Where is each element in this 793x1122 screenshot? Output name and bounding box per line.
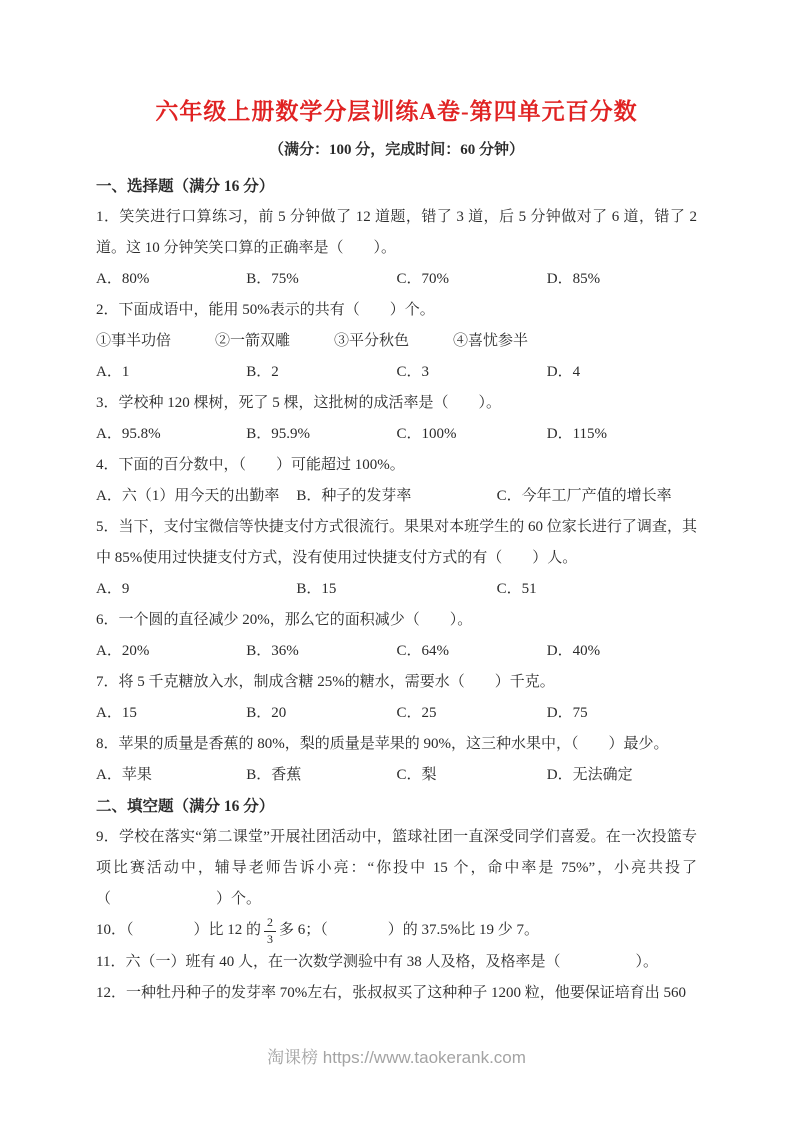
option-cell: D．115% xyxy=(547,419,697,450)
option-cell: B．15 xyxy=(296,574,496,605)
option-cell: A．20% xyxy=(96,636,246,667)
option-cell: D．无法确定 xyxy=(547,760,697,791)
page-container: 六年级上册数学分层训练A卷-第四单元百分数 （满分：100 分，完成时间：60 … xyxy=(0,0,793,1122)
options-row: A．9B．15C．51 xyxy=(96,574,697,605)
option-cell: C．25 xyxy=(397,698,547,729)
question-stem: 8．苹果的质量是香蕉的 80%，梨的质量是苹果的 90%，这三种水果中，（ ）最… xyxy=(96,729,697,760)
question-stem: 7．将 5 千克糖放入水，制成含糖 25%的糖水，需要水（ ）千克。 xyxy=(96,667,697,698)
options-row: A．15B．20C．25D．75 xyxy=(96,698,697,729)
idiom-item: ②一箭双雕 xyxy=(215,326,290,357)
option-cell: D．75 xyxy=(547,698,697,729)
question-stem: 10．（ ）比 12 的23多 6；（ ）的 37.5%比 19 少 7。 xyxy=(96,915,697,947)
option-cell: B．36% xyxy=(246,636,396,667)
options-row: A．80%B．75%C．70%D．85% xyxy=(96,264,697,295)
option-cell: A．80% xyxy=(96,264,246,295)
section-heading: 二、填空题（满分 16 分） xyxy=(96,791,697,822)
option-cell: B．香蕉 xyxy=(246,760,396,791)
option-cell: D．4 xyxy=(547,357,697,388)
question-stem: 11．六（一）班有 40 人，在一次数学测验中有 38 人及格，及格率是（ ）。 xyxy=(96,947,697,978)
option-cell: A．15 xyxy=(96,698,246,729)
option-cell: A．95.8% xyxy=(96,419,246,450)
option-cell: A．1 xyxy=(96,357,246,388)
question-stem: 6．一个圆的直径减少 20%，那么它的面积减少（ ）。 xyxy=(96,605,697,636)
page-subtitle: （满分：100 分，完成时间：60 分钟） xyxy=(96,139,697,161)
option-cell: B．2 xyxy=(246,357,396,388)
section-heading: 一、选择题（满分 16 分） xyxy=(96,171,697,202)
question-stem: 1．笑笑进行口算练习，前 5 分钟做了 12 道题，错了 3 道，后 5 分钟做… xyxy=(96,202,697,264)
option-cell: B．20 xyxy=(246,698,396,729)
option-cell: A．9 xyxy=(96,574,296,605)
options-row: A．1B．2C．3D．4 xyxy=(96,357,697,388)
question-stem: 2．下面成语中，能用 50%表示的共有（ ）个。 xyxy=(96,295,697,326)
option-cell: C．51 xyxy=(497,574,697,605)
option-cell: B．95.9% xyxy=(246,419,396,450)
options-row: A．苹果B．香蕉C．梨D．无法确定 xyxy=(96,760,697,791)
idiom-items-row: ①事半功倍②一箭双雕③平分秋色④喜忧参半 xyxy=(96,326,697,357)
option-cell: C．100% xyxy=(397,419,547,450)
page-title: 六年级上册数学分层训练A卷-第四单元百分数 xyxy=(96,96,697,128)
idiom-item: ①事半功倍 xyxy=(96,326,171,357)
question-stem: 3．学校种 120 棵树，死了 5 棵，这批树的成活率是（ ）。 xyxy=(96,388,697,419)
idiom-item: ③平分秋色 xyxy=(334,326,409,357)
document-body: 一、选择题（满分 16 分）1．笑笑进行口算练习，前 5 分钟做了 12 道题，… xyxy=(96,171,697,1009)
idiom-item: ④喜忧参半 xyxy=(453,326,528,357)
option-cell: D．40% xyxy=(547,636,697,667)
question-stem: 5．当下，支付宝微信等快捷支付方式很流行。果果对本班学生的 60 位家长进行了调… xyxy=(96,512,697,574)
fraction-numerator: 2 xyxy=(264,916,276,932)
options-row: A．20%B．36%C．64%D．40% xyxy=(96,636,697,667)
option-cell: B．75% xyxy=(246,264,396,295)
footer-watermark: 淘课榜 https://www.taokerank.com xyxy=(0,1043,793,1068)
option-cell: B．种子的发芽率 xyxy=(296,481,496,512)
option-cell: C．今年工厂产值的增长率 xyxy=(497,481,697,512)
option-cell: C．70% xyxy=(397,264,547,295)
option-cell: A．苹果 xyxy=(96,760,246,791)
option-cell: C．梨 xyxy=(397,760,547,791)
option-cell: C．3 xyxy=(397,357,547,388)
question-stem: 4．下面的百分数中，（ ）可能超过 100%。 xyxy=(96,450,697,481)
options-row: A．95.8%B．95.9%C．100%D．115% xyxy=(96,419,697,450)
question-stem: 9．学校在落实“第二课堂”开展社团活动中，篮球社团一直深受同学们喜爱。在一次投篮… xyxy=(96,822,697,915)
option-cell: D．85% xyxy=(547,264,697,295)
option-cell: C．64% xyxy=(397,636,547,667)
option-cell: A．六（1）用今天的出勤率 xyxy=(96,481,296,512)
question-stem: 12．一种牡丹种子的发芽率 70%左右，张叔叔买了这种种子 1200 粒，他要保… xyxy=(96,978,697,1009)
fraction-denominator: 3 xyxy=(264,932,276,947)
options-row: A．六（1）用今天的出勤率B．种子的发芽率C．今年工厂产值的增长率 xyxy=(96,481,697,512)
fraction: 23 xyxy=(264,916,276,947)
